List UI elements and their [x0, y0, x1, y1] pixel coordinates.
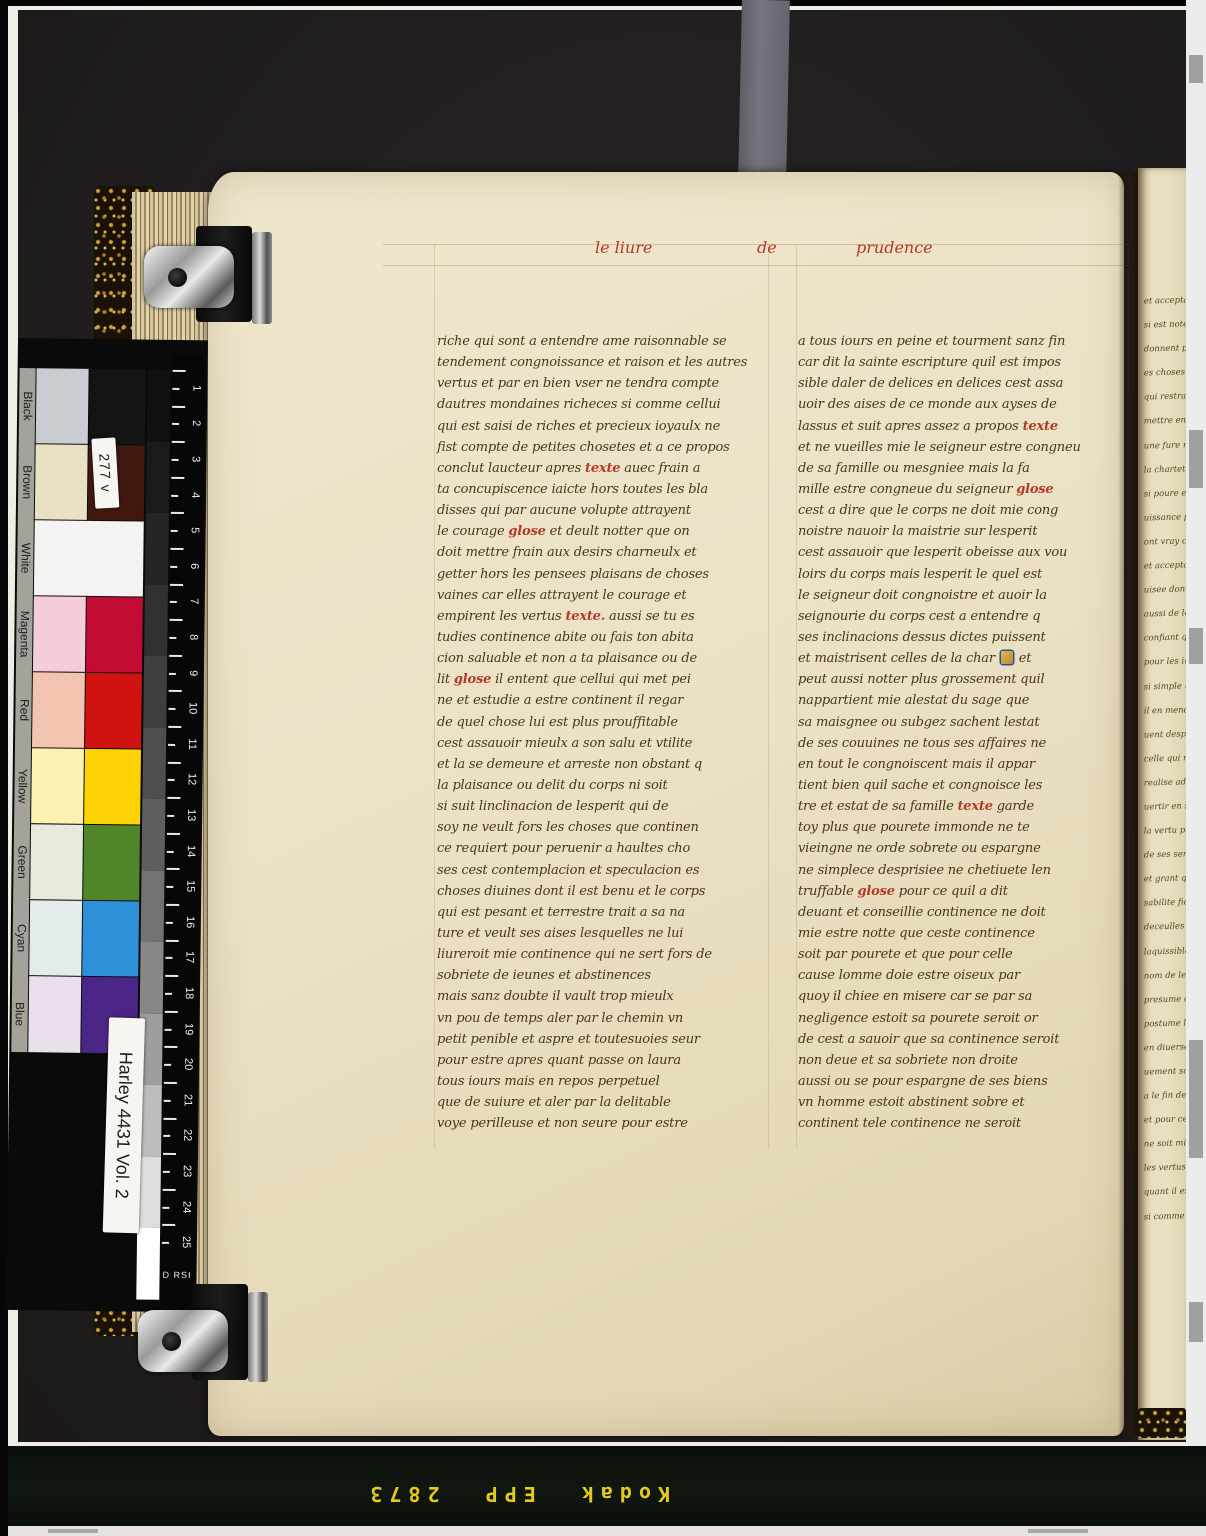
manuscript-line: qui est pesant et terrestre trait a sa n…: [437, 905, 769, 926]
manuscript-line: le courage glose et deult notter que on: [437, 524, 769, 545]
ruler-tick: [163, 1153, 176, 1155]
facing-page-edge: et acceptable masi est note par abstdonn…: [1138, 168, 1186, 1440]
ruler-tick: [167, 868, 180, 870]
manuscript-line: soy ne veult fors les choses que contine…: [437, 820, 769, 841]
patch-label-yellow: Yellow: [14, 748, 32, 824]
facing-page-line: pour les innocens: [1140, 657, 1187, 682]
facing-page-line: ne soit mie en v: [1140, 1139, 1187, 1164]
folio-sticker: 277 v: [91, 437, 119, 508]
manuscript-line: riche qui sont a entendre ame raisonnabl…: [437, 334, 769, 355]
facing-page-line: celle qui ne v: [1140, 753, 1187, 778]
clamp-screw-hole: [162, 1332, 181, 1351]
ruler-tick: [163, 1189, 176, 1191]
patch-label-text: Green: [15, 845, 29, 879]
manuscript-line: nappartient mie alestat du sage que: [798, 693, 1130, 714]
manuscript-line: truffable glose pour ce quil a dit: [798, 884, 1130, 905]
ruler-tick: [169, 690, 182, 692]
facing-page-line: et grant quil be: [1140, 874, 1187, 899]
ruler-number: 25: [176, 1233, 192, 1251]
facing-page-line: nom de lecter v: [1140, 970, 1187, 995]
color-patch-cyan-pale: [29, 900, 83, 977]
patch-label-text: Brown: [20, 465, 34, 499]
grayscale-step-9: [140, 942, 164, 1014]
facing-page-line: sabilite fichev: [1140, 898, 1187, 923]
manuscript-line: negligence estoit sa pourete seroit or: [798, 1011, 1130, 1032]
folio-number: 277 v: [96, 453, 114, 493]
color-patch-magenta-pale: [33, 596, 87, 673]
manuscript-line: sible daler de delices en delices cest a…: [798, 376, 1130, 397]
manuscript-line: cest assauoir mieulx a son salu et vtili…: [437, 736, 769, 757]
manuscript-line: de sa famille ou mesgniee mais la fa: [798, 461, 1130, 482]
ruler-number: 21: [178, 1091, 194, 1109]
manuscript-line: mie estre notte que ceste continence: [798, 926, 1130, 947]
ruler-halftick: [166, 922, 173, 924]
manuscript-page: le liure de prudence riche qui sont a en…: [208, 172, 1124, 1436]
patch-label-blue: Blue: [11, 976, 29, 1052]
film-edge-mark: [1189, 628, 1203, 664]
ruler-number: 22: [177, 1126, 193, 1144]
manuscript-line: uoir des aises de ce monde aux ayses de: [798, 397, 1130, 418]
facing-page-line: donnent pour lam: [1140, 344, 1187, 369]
manuscript-line: noistre nauoir la maistrie sur lesperit: [798, 524, 1130, 545]
facing-page-line: quant il est d: [1140, 1187, 1187, 1212]
ruler-tick: [172, 441, 185, 443]
color-patch-green-saturated: [83, 825, 140, 902]
rubric-word: glose: [454, 672, 491, 687]
ruler-tick: [170, 619, 183, 621]
ruler-halftick: [168, 779, 175, 781]
manuscript-photograph: le liure de prudence riche qui sont a en…: [0, 0, 1206, 1536]
facing-page-line: uent despriser: [1140, 729, 1187, 754]
facing-page-line: a le fin desperit n: [1140, 1090, 1187, 1115]
facing-page-line: si est note par abst: [1140, 319, 1187, 344]
ruler-tick: [168, 761, 181, 763]
patch-label-magenta: Magenta: [16, 596, 34, 672]
ruler-halftick: [162, 1242, 169, 1244]
ruler-halftick: [172, 459, 179, 461]
manuscript-line: conclut laucteur apres texte auec frain …: [437, 461, 769, 482]
manuscript-line: empirent les vertus texte. aussi se tu e…: [437, 609, 769, 630]
manuscript-line: seignourie du corps cest a entendre q: [798, 609, 1130, 630]
ruler-tick: [169, 655, 182, 657]
facing-page-line: postume lamais: [1140, 1018, 1187, 1043]
manuscript-line: ce requiert pour peruenir a haultes cho: [437, 841, 769, 862]
rubric-word: glose: [1016, 482, 1053, 497]
running-title-right: prudence: [856, 238, 933, 257]
ruler-number: 3: [185, 450, 201, 468]
ruler-tick: [171, 477, 184, 479]
color-patch-red-pale: [32, 672, 86, 749]
rubric-word: texte: [1023, 419, 1058, 434]
patch-label-black: Black: [19, 368, 37, 444]
film-edge-mark: [1189, 1302, 1203, 1342]
manuscript-line: a tous iours en peine et tourment sanz f…: [798, 334, 1130, 355]
facing-page-line: aussi de legierete: [1140, 609, 1187, 634]
ruler-number: 12: [182, 770, 198, 788]
binder-clip-top-bar: [252, 232, 272, 324]
patch-label-red: Red: [15, 672, 33, 748]
manuscript-line: ture et veult ses aises lesquelles ne lu…: [437, 926, 769, 947]
rubric-word: glose: [508, 524, 545, 539]
running-title-mid: de: [757, 238, 777, 257]
ruler-tick: [170, 583, 183, 585]
manuscript-line: de cest a sauoir que sa continence seroi…: [798, 1032, 1130, 1053]
rubric-word: texte: [585, 461, 620, 476]
facing-page-line: es choses et quil: [1140, 368, 1187, 393]
color-patch-black-pale: [36, 368, 90, 445]
manuscript-line: de quel chose lui est plus prouffitable: [437, 715, 769, 736]
patch-label-text: Red: [17, 699, 31, 721]
manuscript-line: qui est saisi de riches et precieux ioya…: [437, 419, 769, 440]
manuscript-line: continent tele continence ne seroit: [798, 1116, 1130, 1137]
facing-page-line: la chartete que: [1140, 464, 1187, 489]
manuscript-line: ne simplece desprisiee ne chetiuete len: [798, 863, 1130, 884]
gutter-shadow: [1118, 172, 1138, 1436]
grayscale-step-12: [137, 1156, 161, 1228]
grayscale-step-1: [147, 370, 171, 442]
facing-page-line: uisee dont dist l: [1140, 585, 1187, 610]
patch-label-text: Cyan: [14, 924, 28, 952]
manuscript-line: en tout le congnoiscent mais il appar: [798, 757, 1130, 778]
ruler-halftick: [169, 672, 176, 674]
manuscript-line: peut aussi notter plus grossement quil: [798, 672, 1130, 693]
manuscript-line: non deue et sa sobriete non droite: [798, 1053, 1130, 1074]
clamp-screw-hole: [168, 268, 187, 287]
film-edge-mark: [1189, 55, 1203, 83]
ruler-halftick: [164, 1100, 171, 1102]
manuscript-line: cause lomme doie estre oiseux par: [798, 968, 1130, 989]
color-patch-cyan-saturated: [82, 901, 139, 978]
ruler-tick: [166, 939, 179, 941]
facing-page-line: si simple que: [1140, 681, 1187, 706]
manuscript-line: sa maisgnee ou subgez sachent lestat: [798, 715, 1130, 736]
manuscript-line: mais sanz doubte il vault trop mieulx: [437, 989, 769, 1010]
manuscript-line: vertus et par en bien vser ne tendra com…: [437, 376, 769, 397]
manuscript-line: tudies continence abite ou fais ton abit…: [437, 630, 769, 651]
shelfmark-sticker: Harley 4431 Vol. 2: [103, 1017, 145, 1233]
ruler-number: 1: [186, 379, 202, 397]
facing-page-line: en diuerses choses: [1140, 1042, 1187, 1067]
ruling-line: [434, 244, 435, 1149]
patch-label-text: Black: [20, 391, 34, 421]
patch-label-text: Magenta: [18, 611, 33, 658]
ruler-footer-label: D RSI: [163, 1270, 192, 1280]
manuscript-line: lit glose il entent que cellui qui met p…: [437, 672, 769, 693]
facing-page-line: realise adonc: [1140, 777, 1187, 802]
facing-page-line: uertir en saulx: [1140, 801, 1187, 826]
ruler-number: 19: [178, 1020, 194, 1038]
ruler-halftick: [165, 1028, 172, 1030]
ruler-tick: [170, 548, 183, 550]
grayscale-step-13: [136, 1228, 160, 1300]
ruler-number: 9: [183, 664, 199, 682]
ruler-tick: [167, 797, 180, 799]
ruling-line: [383, 265, 1133, 266]
grayscale-step-6: [142, 727, 166, 799]
manuscript-line: cest a dire que le corps ne doit mie con…: [798, 503, 1130, 524]
color-patch-green-pale: [30, 824, 84, 901]
patch-label-white: White: [17, 520, 35, 596]
facing-page-line: uement son cuer p: [1140, 1066, 1187, 1091]
manuscript-line: pour estre apres quant passe on laura: [437, 1053, 769, 1074]
facing-page-line: si poure et il le p: [1140, 488, 1187, 513]
facing-page-line: et acceptable a: [1140, 560, 1187, 585]
manuscript-line: et la se demeure et arreste non obstant …: [437, 757, 769, 778]
ruler-halftick: [170, 601, 177, 603]
ruler-halftick: [171, 530, 178, 532]
patch-label-text: Blue: [13, 1002, 27, 1026]
manuscript-line: doit mettre frain aux desirs charneulx e…: [437, 545, 769, 566]
ruler-halftick: [168, 708, 175, 710]
film-bottom-strip: [8, 1526, 1206, 1536]
ruler-tick: [164, 1082, 177, 1084]
ruler-halftick: [165, 957, 172, 959]
ruler-halftick: [163, 1135, 170, 1137]
ruler-number: 23: [177, 1162, 193, 1180]
ruler-tick: [165, 975, 178, 977]
manuscript-line: et maistrisent celles de la char et: [798, 651, 1130, 672]
text-column-right: a tous iours en peine et tourment sanz f…: [798, 334, 1130, 1137]
ruler-tick: [171, 512, 184, 514]
manuscript-line: getter hors les pensees plaisans de chos…: [437, 567, 769, 588]
ruler-tick: [164, 1046, 177, 1048]
manuscript-line: fist compte de petites chosetes et a ce …: [437, 440, 769, 461]
ruler-number: 10: [182, 699, 198, 717]
ruler-number: 7: [184, 592, 200, 610]
facing-page-text: et acceptable masi est note par abstdonn…: [1140, 296, 1186, 1236]
text-column-left: riche qui sont a entendre ame raisonnabl…: [437, 334, 769, 1137]
binder-clip-bottom-bar: [248, 1292, 268, 1382]
manuscript-line: quoy il chiee en misere car se par sa: [798, 989, 1130, 1010]
facing-page-line: si comme dit est: [1140, 1211, 1187, 1236]
ruler-number: 17: [179, 948, 195, 966]
manuscript-line: cest assauoir que lesperit obeisse aux v…: [798, 545, 1130, 566]
ruler-number: 2: [186, 414, 202, 432]
manuscript-line: vaines car elles attrayent le courage et: [437, 588, 769, 609]
film-edge-mark: [48, 1529, 98, 1533]
gilt-board-corner: [1138, 1408, 1186, 1438]
manuscript-line: disses qui par aucune volupte attrayent: [437, 503, 769, 524]
rubric-word: texte: [958, 799, 993, 814]
facing-page-line: ont vray contine: [1140, 536, 1187, 561]
facing-page-line: confiant que les: [1140, 633, 1187, 658]
rubric-word: glose: [858, 884, 895, 899]
facing-page-line: une fure nest p: [1140, 440, 1187, 465]
manuscript-line: soit par pourete et que pour celle: [798, 947, 1130, 968]
ruler-number: 13: [181, 806, 197, 824]
ruler-halftick: [171, 494, 178, 496]
color-patch-yellow-pale: [31, 748, 85, 825]
manuscript-line: mille estre congneue du seigneur glose: [798, 482, 1130, 503]
patch-label-cyan: Cyan: [12, 900, 30, 976]
manuscript-line: tient bien quil sache et congnoisce les: [798, 778, 1130, 799]
ruler-tick: [167, 833, 180, 835]
manuscript-line: de ses couuines ne tous ses affaires ne: [798, 736, 1130, 757]
ruler-halftick: [167, 850, 174, 852]
ruler-halftick: [168, 744, 175, 746]
grayscale-step-4: [144, 584, 168, 656]
manuscript-line: choses diuines dont il est benu et le co…: [437, 884, 769, 905]
running-title-left: le liure: [595, 238, 652, 257]
ruler-halftick: [162, 1206, 169, 1208]
ruler-halftick: [172, 388, 179, 390]
ruler-tick: [166, 904, 179, 906]
fabric-strap: [738, 0, 790, 186]
patch-label-text: Yellow: [16, 769, 30, 803]
manuscript-line: cion saluable et non a ta plaisance ou d…: [437, 651, 769, 672]
grayscale-step-7: [142, 799, 166, 871]
patch-label-brown: Brown: [18, 444, 36, 520]
manuscript-line: le seigneur doit congnoistre et auoir la: [798, 588, 1130, 609]
binder-clip-bottom-head: [138, 1310, 228, 1372]
color-patch-magenta-saturated: [86, 597, 143, 674]
manuscript-line: tous iours mais en repos perpetuel: [437, 1074, 769, 1095]
ruler-halftick: [165, 993, 172, 995]
ruler-number: 20: [178, 1055, 194, 1073]
facing-page-line: deceulles ou auc: [1140, 922, 1187, 947]
patch-label-green: Green: [13, 824, 31, 900]
ruler-tick: [163, 1117, 176, 1119]
manuscript-line: la plaisance ou delit du corps ni soit: [437, 778, 769, 799]
ruler-halftick: [164, 1064, 171, 1066]
ruler-number: 18: [179, 984, 195, 1002]
binder-clip-top-head: [144, 246, 234, 308]
facing-page-line: presume ou fol C: [1140, 994, 1187, 1019]
manuscript-line: ne et estudie a estre continent il regar: [437, 693, 769, 714]
manuscript-line: que de suiure et aler par la delitable: [437, 1095, 769, 1116]
grayscale-step-5: [143, 656, 167, 728]
patch-label-text: White: [19, 543, 33, 574]
facing-page-line: mettre en huche ne: [1140, 416, 1187, 441]
ruler-halftick: [170, 566, 177, 568]
manuscript-line: toy plus que pourete immonde ne te: [798, 820, 1130, 841]
manuscript-line: vn homme estoit abstinent sobre et: [798, 1095, 1130, 1116]
shelfmark-text: Harley 4431 Vol. 2: [111, 1052, 136, 1200]
ruler-tick: [172, 405, 185, 407]
ruler-number: 6: [184, 557, 200, 575]
manuscript-line: voye perilleuse et non seure pour estre: [437, 1116, 769, 1137]
facing-page-line: laquissible est p: [1140, 946, 1187, 971]
color-patch-black-saturated: [89, 369, 146, 446]
gold-paragraph-mark: [1001, 651, 1013, 664]
grayscale-step-8: [141, 870, 165, 942]
color-patch-yellow-saturated: [84, 749, 141, 826]
rubric-word: texte.: [565, 609, 605, 624]
film-edge-mark: [1028, 1529, 1088, 1533]
kodak-film-label: Kodak EPP 2873: [290, 1472, 670, 1506]
ruler-halftick: [172, 423, 179, 425]
manuscript-line: tre et estat de sa famille texte garde: [798, 799, 1130, 820]
ruler-tick: [165, 1011, 178, 1013]
manuscript-line: liureroit mie continence qui ne sert for…: [437, 947, 769, 968]
color-patch-blue-pale: [28, 976, 82, 1053]
grayscale-step-2: [146, 441, 170, 513]
ruler-number: 16: [180, 913, 196, 931]
color-calibration-chart: BlackBrownWhiteMagentaRedYellowGreenCyan…: [6, 338, 208, 1312]
manuscript-line: petit penible et aspre et toutesuoies se…: [437, 1032, 769, 1053]
facing-page-line: la vertu plainem: [1140, 825, 1187, 850]
manuscript-line: lassus et suit apres assez a propos text…: [798, 419, 1130, 440]
manuscript-line: loirs du corps mais lesperit le quel est: [798, 567, 1130, 588]
manuscript-line: car dit la sainte escripture quil est im…: [798, 355, 1130, 376]
film-edge-mark: [1189, 1040, 1203, 1158]
ruler-halftick: [167, 815, 174, 817]
ruler-halftick: [166, 886, 173, 888]
manuscript-line: aussi ou se pour espargne de ses biens: [798, 1074, 1130, 1095]
ruler-tick: [168, 726, 181, 728]
ruler-number: 14: [181, 842, 197, 860]
film-edge-mark: [1189, 430, 1203, 488]
facing-page-line: uissance pour la: [1140, 512, 1187, 537]
ruler-number: 4: [185, 486, 201, 504]
manuscript-line: ta concupiscence iaicte hors toutes les …: [437, 482, 769, 503]
facing-page-line: les vertus dont: [1140, 1163, 1187, 1188]
ruler-number: 11: [182, 735, 198, 753]
ruler-halftick: [163, 1171, 170, 1173]
facing-page-line: et acceptable ma: [1140, 295, 1187, 320]
color-patch-brown-pale: [35, 444, 89, 521]
ruling-line: [796, 244, 797, 1149]
manuscript-line: et ne vueilles mie le seigneur estre con…: [798, 440, 1130, 461]
facing-page-line: qui restraint de: [1140, 392, 1187, 417]
manuscript-line: vn pou de temps aler par le chemin vn: [437, 1011, 769, 1032]
ruler-tick: [162, 1224, 175, 1226]
facing-page-line: il en mendist car: [1140, 705, 1187, 730]
manuscript-line: ses cest contemplacion et speculacion es: [437, 863, 769, 884]
ruler-tick: [173, 370, 186, 372]
color-patch-red-saturated: [85, 673, 142, 750]
ruler-number: 8: [183, 628, 199, 646]
ruler-number: 24: [176, 1198, 192, 1216]
ruler-number: 15: [180, 877, 196, 895]
facing-page-line: et pour ce que la: [1140, 1115, 1187, 1140]
manuscript-line: dautres mondaines richeces si comme cell…: [437, 397, 769, 418]
color-patch-white: [34, 520, 144, 597]
manuscript-line: sobriete de ieunes et abstinences: [437, 968, 769, 989]
facing-page-line: de ses semples: [1140, 850, 1187, 875]
ruler-halftick: [169, 637, 176, 639]
ruler-number: 5: [185, 521, 201, 539]
manuscript-line: si suit linclinacion de lesperit qui de: [437, 799, 769, 820]
manuscript-line: deuant et conseillie continence ne doit: [798, 905, 1130, 926]
grayscale-step-3: [145, 513, 169, 585]
manuscript-line: tendement congnoissance et raison et les…: [437, 355, 769, 376]
manuscript-line: vieingne ne orde sobrete ou espargne: [798, 841, 1130, 862]
manuscript-line: ses inclinacions dessus dictes puissent: [798, 630, 1130, 651]
film-edge-strip: [1186, 0, 1206, 1536]
